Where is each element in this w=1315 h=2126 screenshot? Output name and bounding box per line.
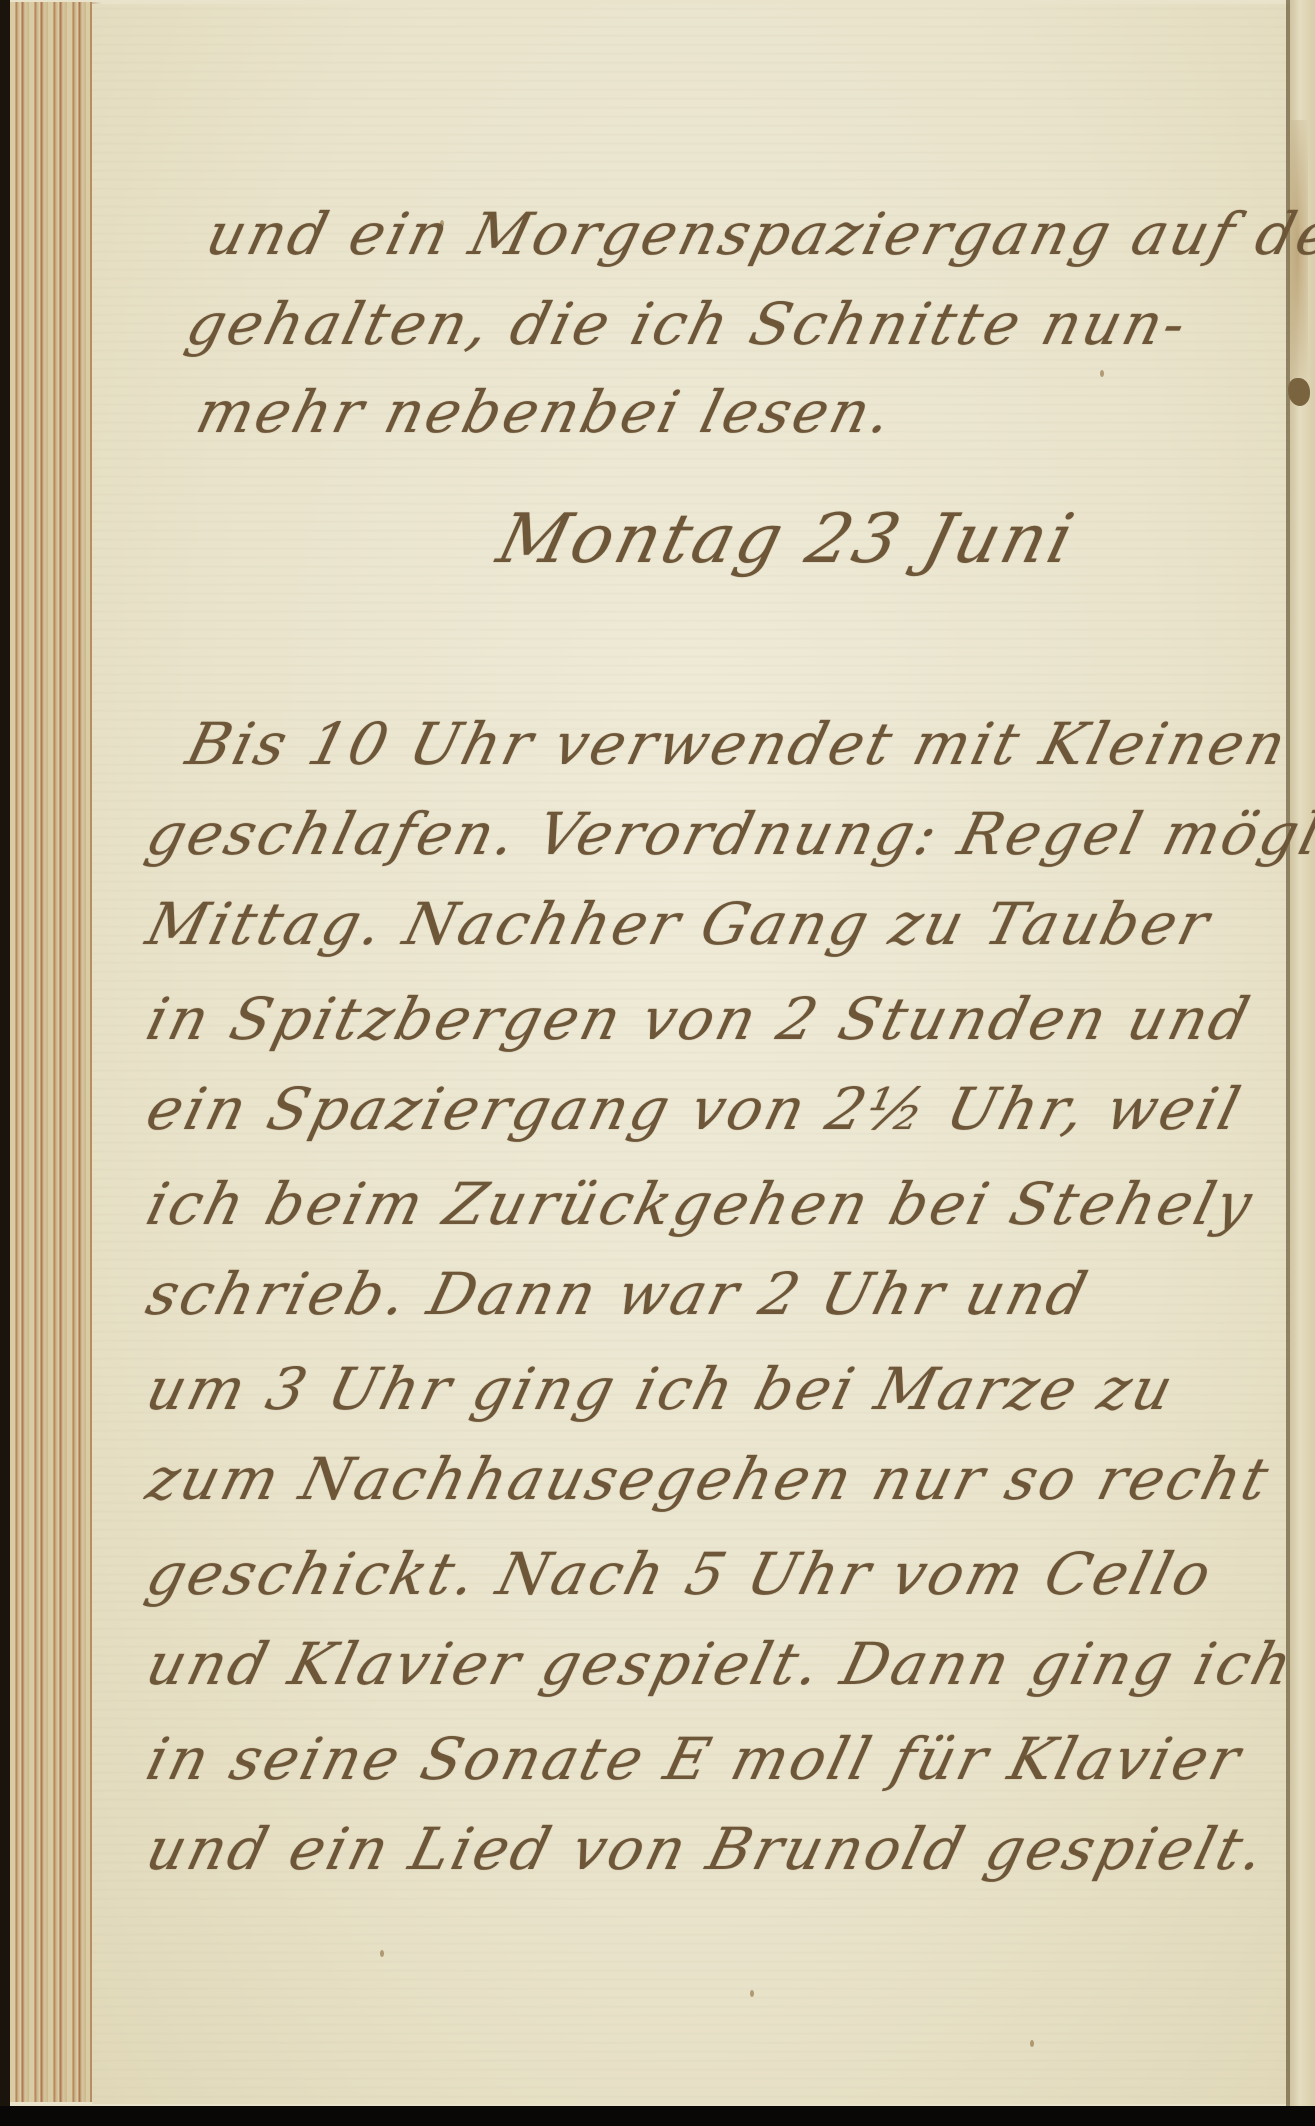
handwritten-line: in seine Sonate E moll für Klavier (140, 1725, 1250, 1793)
handwritten-line: gehalten, die ich Schnitte nun- (180, 290, 1196, 358)
handwritten-line: mehr nebenbei lesen. (190, 378, 901, 446)
entry-date-heading: Montag 23 Juni (490, 500, 1084, 579)
handwritten-line: und Klavier gespielt. Dann ging ich (140, 1630, 1302, 1698)
handwritten-line: und ein Lied von Brunold gespielt. (140, 1815, 1274, 1883)
scan-border-bottom (0, 2106, 1315, 2126)
foxing-spot (1100, 370, 1104, 377)
handwritten-line: geschickt. Nach 5 Uhr vom Cello (140, 1540, 1221, 1608)
foxing-spot (1030, 2040, 1034, 2047)
handwritten-line: und ein Morgenspaziergang auf dem Wall, (200, 200, 1315, 268)
paper-tear (1288, 378, 1310, 406)
handwritten-line: Bis 10 Uhr verwendet mit Kleinen (180, 710, 1295, 778)
foxing-spot (380, 1950, 384, 1957)
stacked-page-edges (10, 2, 92, 2102)
handwritten-line: um 3 Uhr ging ich bei Marze zu (140, 1355, 1182, 1423)
handwritten-line: schrieb. Dann war 2 Uhr und (140, 1260, 1096, 1328)
binding-edge (0, 0, 10, 2106)
handwritten-line: geschlafen. Verordnung: Regel möglich (140, 800, 1315, 868)
handwritten-line: ich beim Zurückgehen bei Stehely (140, 1170, 1261, 1238)
handwritten-line: in Spitzbergen von 2 Stunden und (140, 985, 1259, 1053)
scanned-page: und ein Morgenspaziergang auf dem Wall, … (0, 0, 1315, 2106)
handwritten-line: Mittag. Nachher Gang zu Tauber (140, 890, 1219, 958)
handwritten-line: zum Nachhausegehen nur so recht (140, 1445, 1278, 1513)
foxing-spot (750, 1990, 754, 1997)
handwritten-line: ein Spaziergang von 2½ Uhr, weil (140, 1075, 1249, 1143)
